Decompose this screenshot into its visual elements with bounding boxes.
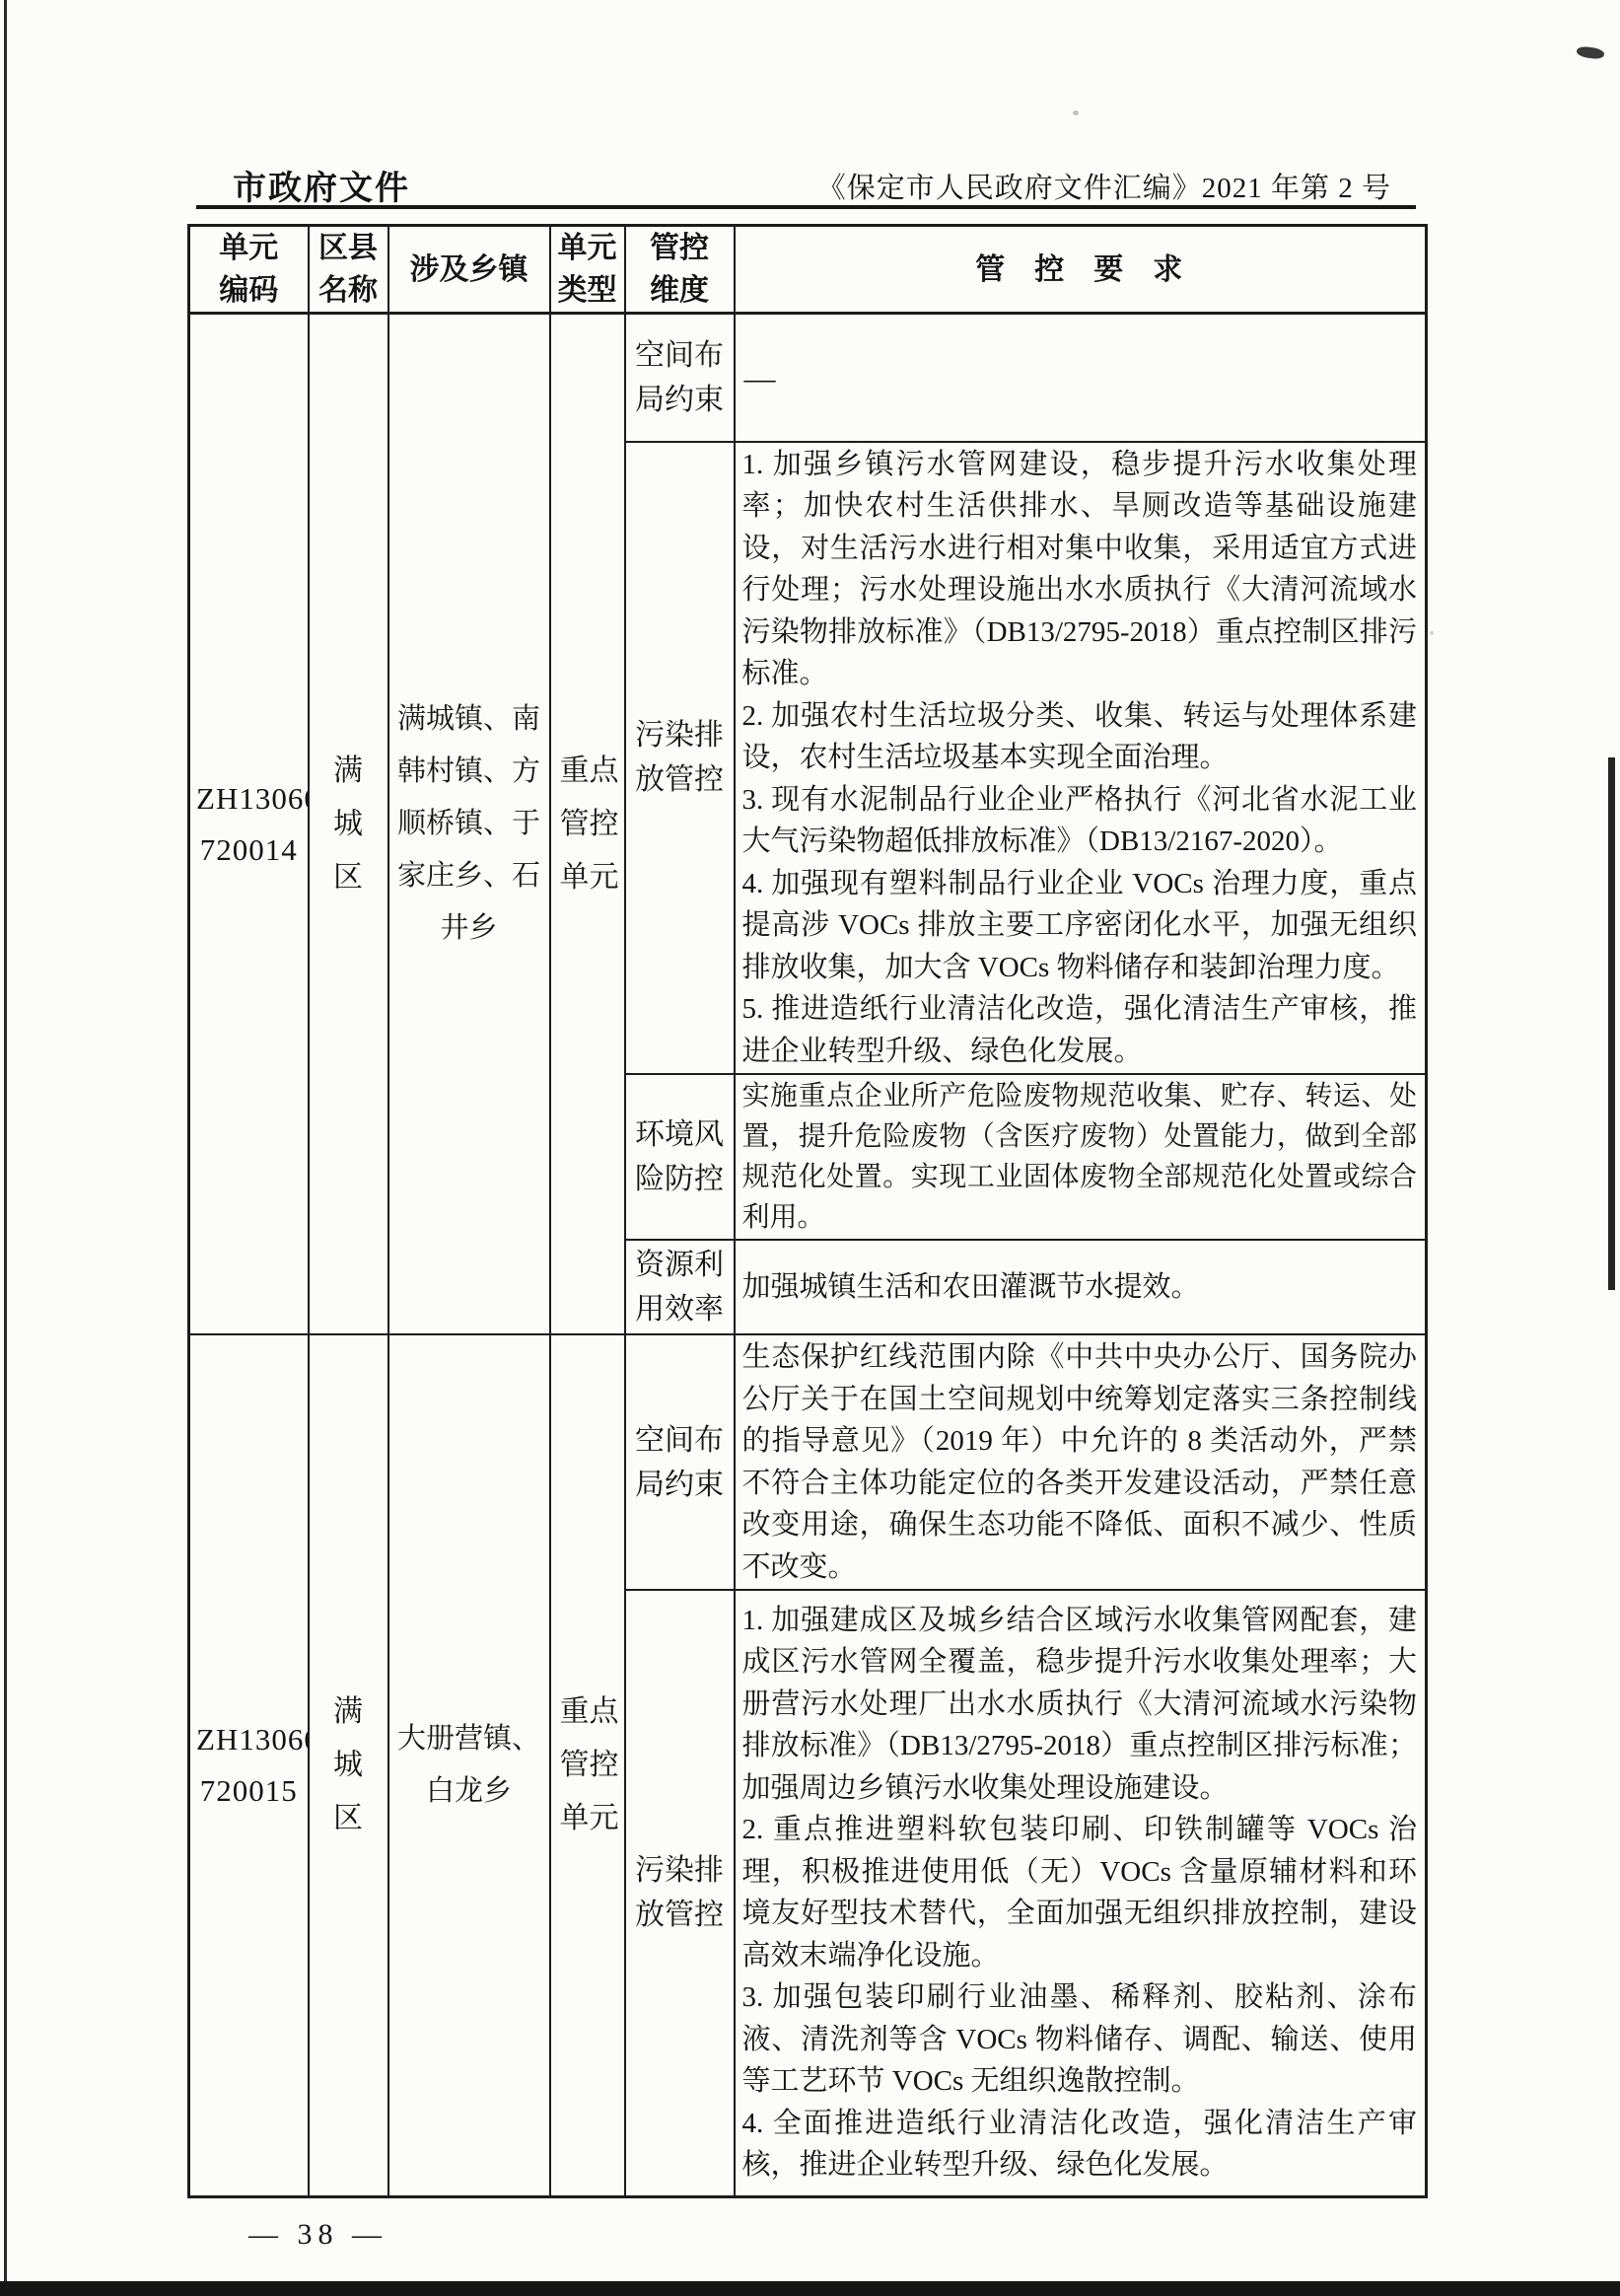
dimension-cell-resource-efficiency: 资源利用效率 [625, 1240, 735, 1334]
requirement-cell-spatial-layout: 生态保护红线范围内除《中共中央办公厅、国务院办公厅关于在国土空间规划中统筹划定落… [735, 1334, 1427, 1590]
requirement-cell-environmental-risk: 实施重点企业所产危险废物规范收集、贮存、转运、处置，提升危险废物（含医疗废物）处… [735, 1074, 1427, 1240]
doc-category-label: 市政府文件 [233, 161, 410, 209]
dimension-cell-environmental-risk: 环境风险防控 [625, 1074, 735, 1240]
requirement-cell-pollution-discharge: 1. 加强乡镇污水管网建设，稳步提升污水收集处理率；加快农村生活供排水、旱厕改造… [735, 442, 1427, 1075]
col-header-townships: 涉及乡镇 [388, 226, 550, 314]
requirement-cell-resource-efficiency: 加强城镇生活和农田灌溉节水提效。 [735, 1240, 1427, 1334]
requirement-cell-spatial-layout: — [735, 314, 1427, 442]
townships-cell: 满城镇、南韩村镇、方顺桥镇、于家庄乡、石井乡 [388, 314, 550, 1335]
unit-code-cell: ZH13060 720014 [189, 314, 309, 1335]
unit-type-text: 重点管控单元 [557, 745, 622, 904]
dimension-cell-spatial-layout: 空间布局约束 [625, 1334, 735, 1590]
unit-type-text: 重点管控单元 [557, 1686, 622, 1845]
dimension-cell-pollution-discharge: 污染排放管控 [625, 442, 735, 1075]
scan-edge-right [1608, 757, 1615, 1290]
col-header-requirements: 管控要求 [735, 226, 1427, 314]
requirement-cell-pollution-discharge: 1. 加强建成区及城乡结合区域污水收集管网配套，建成区污水管网全覆盖，稳步提升污… [735, 1590, 1427, 2196]
scan-edge-left [4, 0, 7, 2296]
unit-type-cell: 重点管控单元 [550, 1334, 625, 2196]
scan-edge-bottom [0, 2281, 1620, 2296]
table-row: ZH13060 720015 满城区 大册营镇、白龙乡 重点管控单元 空间布局约… [189, 1334, 1427, 1590]
dimension-cell-pollution-discharge: 污染排放管控 [625, 1590, 735, 2196]
scan-speck [1430, 631, 1434, 635]
col-header-district: 区县 名称 [309, 226, 388, 314]
header-divider-rule [196, 205, 1416, 209]
table-header-row: 单元 编码 区县 名称 涉及乡镇 单元 类型 管控 维度 管控要求 [189, 226, 1427, 314]
scan-speck [1073, 110, 1079, 115]
page-number: — 38 — [248, 2218, 1620, 2252]
district-text: 满城区 [332, 1686, 365, 1845]
district-text: 满城区 [332, 745, 365, 904]
col-header-unit-type: 单元 类型 [550, 226, 625, 314]
townships-cell: 大册营镇、白龙乡 [388, 1334, 550, 2196]
unit-type-cell: 重点管控单元 [550, 314, 625, 1335]
col-header-unit-code: 单元 编码 [189, 226, 309, 314]
district-cell: 满城区 [309, 1334, 388, 2196]
col-header-dimension: 管控 维度 [625, 226, 735, 314]
unit-code-cell: ZH13060 720015 [189, 1334, 309, 2196]
scanned-document-page: { "header": { "doc_type": "市政府文件", "comp… [0, 0, 1620, 2296]
table-row: ZH13060 720014 满城区 满城镇、南韩村镇、方顺桥镇、于家庄乡、石井… [189, 314, 1427, 442]
scan-smudge [1576, 45, 1604, 60]
district-cell: 满城区 [309, 314, 388, 1335]
control-requirements-table: 单元 编码 区县 名称 涉及乡镇 单元 类型 管控 维度 管控要求 ZH1306… [187, 224, 1428, 2198]
dimension-cell-spatial-layout: 空间布局约束 [625, 314, 735, 442]
compilation-title: 《保定市人民政府文件汇编》2021 年第 2 号 [817, 166, 1391, 206]
